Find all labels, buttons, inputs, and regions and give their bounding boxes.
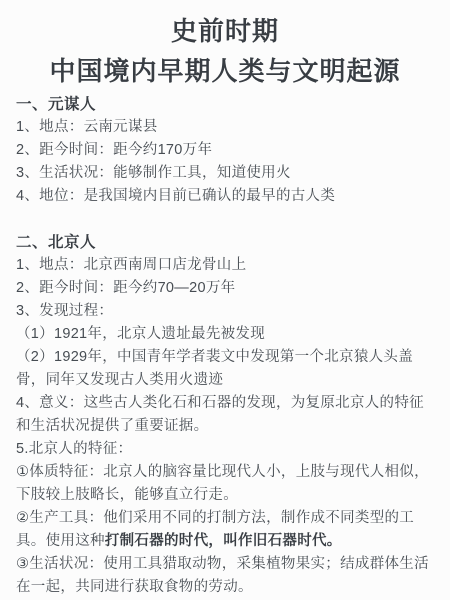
text-line: 2、距今时间：距今约170万年 [16,139,434,162]
text-line: （2）1929年，中国青年学者裴文中发现第一个北京猿人头盖 [16,346,434,369]
section-yuanmou-man: 一、元谋人 1、地点：云南元谋县 2、距今时间：距今约170万年 3、生活状况：… [16,94,434,208]
section-heading: 二、北京人 [16,232,434,254]
text-line: 4、意义：这些古人类化石和石器的发现，为复原北京人的特征 [16,392,434,415]
text-line: 2、距今时间：距今约70—20万年 [16,277,434,300]
text-segment: 具。使用这种 [16,533,105,549]
text-line: 下肢较上肢略长，能够直立行走。 [16,484,434,507]
text-line: 3、生活状况：能够制作工具，知道使用火 [16,162,434,185]
page-title: 史前时期 [16,14,434,48]
text-line: 骨，同年又发现古人类用火遗迹 [16,369,434,392]
text-line-mixed: 具。使用这种打制石器的时代，叫作旧石器时代。 [16,530,434,553]
text-line: ②生产工具：他们采用不同的打制方法，制作成不同类型的工 [16,507,434,530]
text-line: 在一起，共同进行获取食物的劳动。 [16,576,434,599]
section-peking-man: 二、北京人 1、地点：北京西南周口店龙骨山上 2、距今时间：距今约70—20万年… [16,232,434,599]
page-subtitle: 中国境内早期人类与文明起源 [16,54,434,88]
notes-page: 史前时期 中国境内早期人类与文明起源 一、元谋人 1、地点：云南元谋县 2、距今… [0,0,450,600]
text-line: ①体质特征：北京人的脑容量比现代人小，上肢与现代人相似， [16,461,434,484]
text-line: 1、地点：云南元谋县 [16,116,434,139]
section-heading: 一、元谋人 [16,94,434,116]
text-line: 4、地位：是我国境内目前已确认的最早的古人类 [16,185,434,208]
text-line: 3、发现过程： [16,300,434,323]
text-segment-bold: 打制石器的时代，叫作旧石器时代。 [105,533,342,549]
text-line: （1）1921年，北京人遗址最先被发现 [16,323,434,346]
text-line: 5.北京人的特征： [16,438,434,461]
text-line: 1、地点：北京西南周口店龙骨山上 [16,254,434,277]
text-line: 和生活状况提供了重要证据。 [16,415,434,438]
text-line: ③生活状况：使用工具猎取动物，采集植物果实；结成群体生活 [16,553,434,576]
